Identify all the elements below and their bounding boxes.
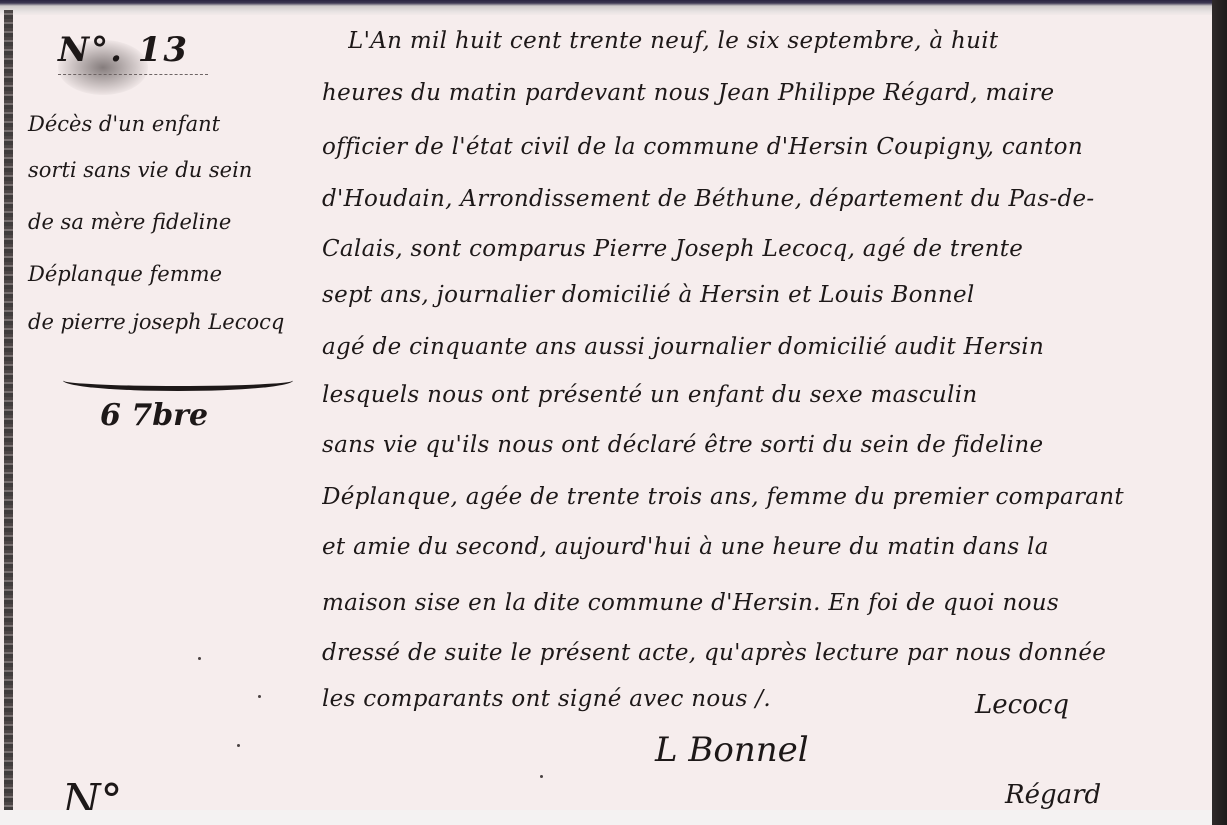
document-page: N°. 13 Décès d'un enfant sorti sans vie … xyxy=(0,0,1227,825)
body-line: sept ans, journalier domicilié à Hersin … xyxy=(322,282,1212,308)
flourish-underline xyxy=(63,370,293,391)
body-line: d'Houdain, Arrondissement de Béthune, dé… xyxy=(322,186,1212,212)
margin-line: Déplanque femme xyxy=(28,262,222,286)
scan-bottom-band xyxy=(0,810,1212,825)
body-line: agé de cinquante ans aussi journalier do… xyxy=(322,334,1212,360)
scan-left-border xyxy=(4,10,13,825)
signature-lecocq: Lecocq xyxy=(975,690,1069,720)
signature-mayor: Régard xyxy=(1005,780,1101,810)
body-line: Déplanque, agée de trente trois ans, fem… xyxy=(322,484,1212,510)
body-line: et amie du second, aujourd'hui à une heu… xyxy=(322,534,1212,560)
margin-line: Décès d'un enfant xyxy=(28,112,220,136)
paper-speck xyxy=(258,695,261,698)
margin-line: de pierre joseph Lecocq xyxy=(28,310,284,334)
body-line: lesquels nous ont présenté un enfant du … xyxy=(322,382,1212,408)
body-line: officier de l'état civil de la commune d… xyxy=(322,134,1212,160)
entry-number: N°. 13 xyxy=(58,30,208,75)
body-line: L'An mil huit cent trente neuf, le six s… xyxy=(348,28,1227,54)
paper-speck xyxy=(237,744,240,747)
body-line: heures du matin pardevant nous Jean Phil… xyxy=(322,80,1212,106)
body-line: maison sise en la dite commune d'Hersin.… xyxy=(322,590,1212,616)
scan-top-edge xyxy=(0,0,1227,15)
entry-date: 6 7bre xyxy=(100,398,208,433)
body-line: Calais, sont comparus Pierre Joseph Leco… xyxy=(322,236,1212,262)
body-line: dressé de suite le présent acte, qu'aprè… xyxy=(322,640,1212,666)
paper-speck xyxy=(198,657,201,660)
body-line: sans vie qu'ils nous ont déclaré être so… xyxy=(322,432,1212,458)
margin-line: de sa mère fideline xyxy=(28,210,231,234)
scan-right-edge xyxy=(1212,0,1227,825)
signature-bonnel: L Bonnel xyxy=(655,730,809,770)
paper-speck xyxy=(540,775,543,778)
body-line: les comparants ont signé avec nous /. xyxy=(322,686,1212,712)
margin-line: sorti sans vie du sein xyxy=(28,158,252,182)
